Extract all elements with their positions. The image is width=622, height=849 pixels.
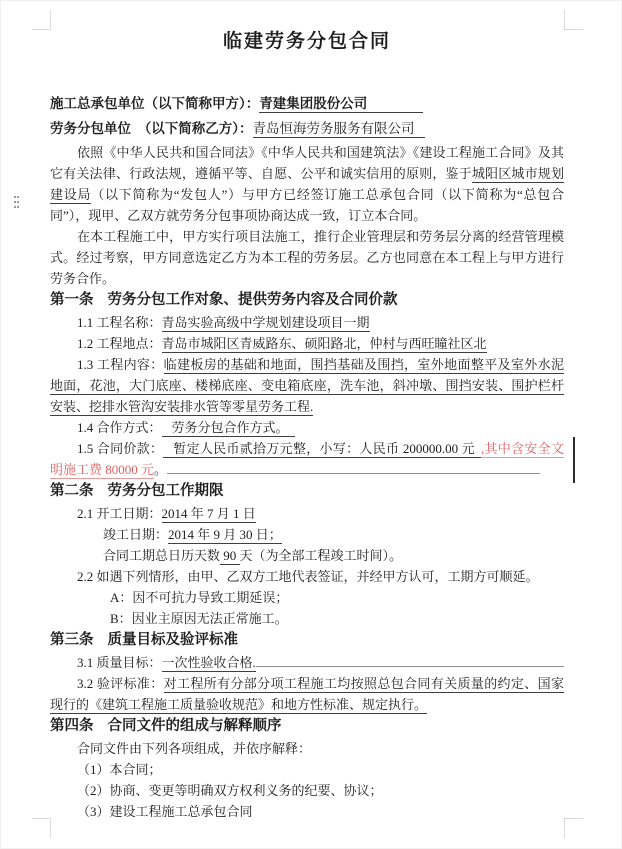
project-location-value: 青岛市城阳区青威路东、硕阳路北，仲村与西旺瞳社区北 bbox=[162, 336, 487, 353]
clause-2-1-duration: 合同工期总日历天数 90 天（为全部工程竣工时间）。 bbox=[50, 545, 564, 566]
contract-price-value: 暂定人民币贰拾万元整，小写：人民币 200000.00 元 bbox=[163, 441, 481, 458]
article-4-item-1: （1）本合同； bbox=[50, 759, 564, 780]
party-b-label: 劳务分包单位 （以下简称乙方）： bbox=[50, 121, 253, 136]
clause-label: 1.2 工程地点： bbox=[77, 336, 162, 351]
article-4-item-2: （2）协商、变更等明确双方权利义务的纪要、协议； bbox=[50, 780, 564, 801]
clause-label: 3.1 质量目标： bbox=[77, 655, 162, 670]
start-date-value: 2014 年 7 月 1 日 bbox=[162, 506, 256, 523]
article-1-heading: 第一条劳务分包工作对象、提供劳务内容及合同价款 bbox=[50, 290, 564, 311]
party-line-general-contractor: 施工总承包单位（以下简称甲方）：青建集团股份公司 bbox=[50, 92, 564, 115]
clause-2-1-end-date: 竣工日期：2014 年 9 月 30 日； bbox=[50, 524, 564, 545]
clause-2-2-item-a: A：因不可抗力导致工期延误； bbox=[50, 587, 564, 608]
article-number: 第三条 bbox=[50, 632, 94, 648]
text-boundary-corner-bottom-left-icon bbox=[32, 818, 51, 838]
clause-label: 1.1 工程名称： bbox=[77, 315, 162, 330]
article-title: 质量目标及验评标准 bbox=[108, 632, 239, 648]
clause-label: 1.5 合同价款： bbox=[77, 441, 163, 456]
clause-1-3: 1.3 工程内容：临建板房的基础和地面，围挡基础及围挡，室外地面整平及室外水泥地… bbox=[50, 354, 564, 417]
clause-label: 1.4 合作方式： bbox=[77, 420, 162, 435]
party-line-labor-subcontractor: 劳务分包单位 （以下简称乙方）：青岛恒海劳务服务有限公司 bbox=[50, 117, 564, 140]
duration-text: 天（为全部工程竣工时间）。 bbox=[240, 548, 403, 563]
article-4-item-3: （3）建设工程施工总承包合同 bbox=[50, 801, 564, 822]
quality-target-value: 一次性验收合格. bbox=[162, 655, 256, 672]
preamble-paragraph-1: 依照《中华人民共和国合同法》《中华人民共和国建筑法》《建设工程施工合同》及其它有… bbox=[50, 142, 564, 226]
sentence-period: 。 bbox=[154, 462, 167, 477]
blank-underline bbox=[167, 461, 540, 474]
article-4-heading: 第四条合同文件的组成与解释顺序 bbox=[50, 716, 564, 737]
clause-1-5: 1.5 合同价款：暂定人民币贰拾万元整，小写：人民币 200000.00 元,其… bbox=[50, 438, 564, 480]
project-name-value: 青岛实验高级中学规划建设项目一期 bbox=[162, 315, 370, 332]
clause-1-5-container: 1.5 合同价款：暂定人民币贰拾万元整，小写：人民币 200000.00 元,其… bbox=[50, 438, 564, 480]
party-a-value: 青建集团股份公司 bbox=[259, 96, 423, 113]
clause-label: 3.2 验评标准： bbox=[77, 676, 164, 691]
article-title: 合同文件的组成与解释顺序 bbox=[108, 718, 282, 734]
blank-underline bbox=[256, 654, 564, 667]
clause-label: 1.3 工程内容： bbox=[77, 357, 164, 372]
party-b-value: 青岛恒海劳务服务有限公司 bbox=[253, 121, 425, 138]
article-number: 第四条 bbox=[50, 718, 94, 734]
paragraph-drag-handle-icon[interactable] bbox=[14, 196, 29, 209]
tracked-change-revision-bar bbox=[573, 437, 575, 483]
completion-date-value: 2014 年 9 月 30 日； bbox=[168, 527, 282, 544]
preamble-paragraph-2: 在本工程施工中，甲方实行项目法施工，推行企业管理层和劳务层分离的经营管理模式。经… bbox=[50, 226, 564, 289]
duration-days-value: 90 bbox=[220, 548, 240, 565]
article-number: 第二条 bbox=[50, 483, 94, 499]
clause-1-1: 1.1 工程名称：青岛实验高级中学规划建设项目一期 bbox=[50, 312, 564, 333]
article-2-heading: 第二条劳务分包工作期限 bbox=[50, 481, 564, 502]
article-title: 劳务分包工作对象、提供劳务内容及合同价款 bbox=[108, 292, 398, 308]
clause-2-1-start-date: 2.1 开工日期：2014 年 7 月 1 日 bbox=[50, 503, 564, 524]
duration-text: 合同工期总日历天数 bbox=[103, 548, 220, 563]
clause-label: 竣工日期： bbox=[103, 527, 168, 542]
article-number: 第一条 bbox=[50, 292, 94, 308]
clause-2-2-item-b: B：因业主原因无法正常施工。 bbox=[50, 608, 564, 629]
clause-2-2: 2.2 如遇下列情形，由甲、乙双方工地代表签证，并经甲方认可，工期方可顺延。 bbox=[50, 566, 564, 587]
cooperation-mode-value: 劳务分包合作方式。 bbox=[162, 420, 295, 437]
document-title: 临建劳务分包合同 bbox=[50, 28, 564, 56]
text-boundary-corner-top-left-icon bbox=[32, 10, 51, 30]
clause-3-2: 3.2 验评标准：对工程所有分部分项工程施工均按照总包合同有关质量的约定、国家现… bbox=[50, 673, 564, 715]
text-boundary-corner-bottom-right-icon bbox=[564, 818, 583, 838]
clause-label: 2.1 开工日期： bbox=[77, 506, 162, 521]
clause-1-2: 1.2 工程地点：青岛市城阳区青威路东、硕阳路北，仲村与西旺瞳社区北 bbox=[50, 333, 564, 354]
article-4-intro: 合同文件由下列各项组成，并依序解释： bbox=[50, 738, 564, 759]
article-title: 劳务分包工作期限 bbox=[108, 483, 224, 499]
clause-1-4: 1.4 合作方式：劳务分包合作方式。 bbox=[50, 417, 564, 438]
preamble-text: （以下简称为“发包人”）与甲方已经签订施工总承包合同（以下简称为“总包合同”），… bbox=[50, 187, 564, 223]
party-a-label: 施工总承包单位（以下简称甲方）： bbox=[50, 96, 259, 111]
article-3-heading: 第三条质量目标及验评标准 bbox=[50, 630, 564, 651]
document-body: 临建劳务分包合同 施工总承包单位（以下简称甲方）：青建集团股份公司 劳务分包单位… bbox=[50, 28, 564, 822]
text-boundary-corner-top-right-icon bbox=[564, 10, 583, 30]
contract-document-page: { "page": { "title": "临建劳务分包合同" }, "icon… bbox=[0, 0, 622, 849]
clause-3-1: 3.1 质量目标：一次性验收合格. bbox=[50, 652, 564, 673]
